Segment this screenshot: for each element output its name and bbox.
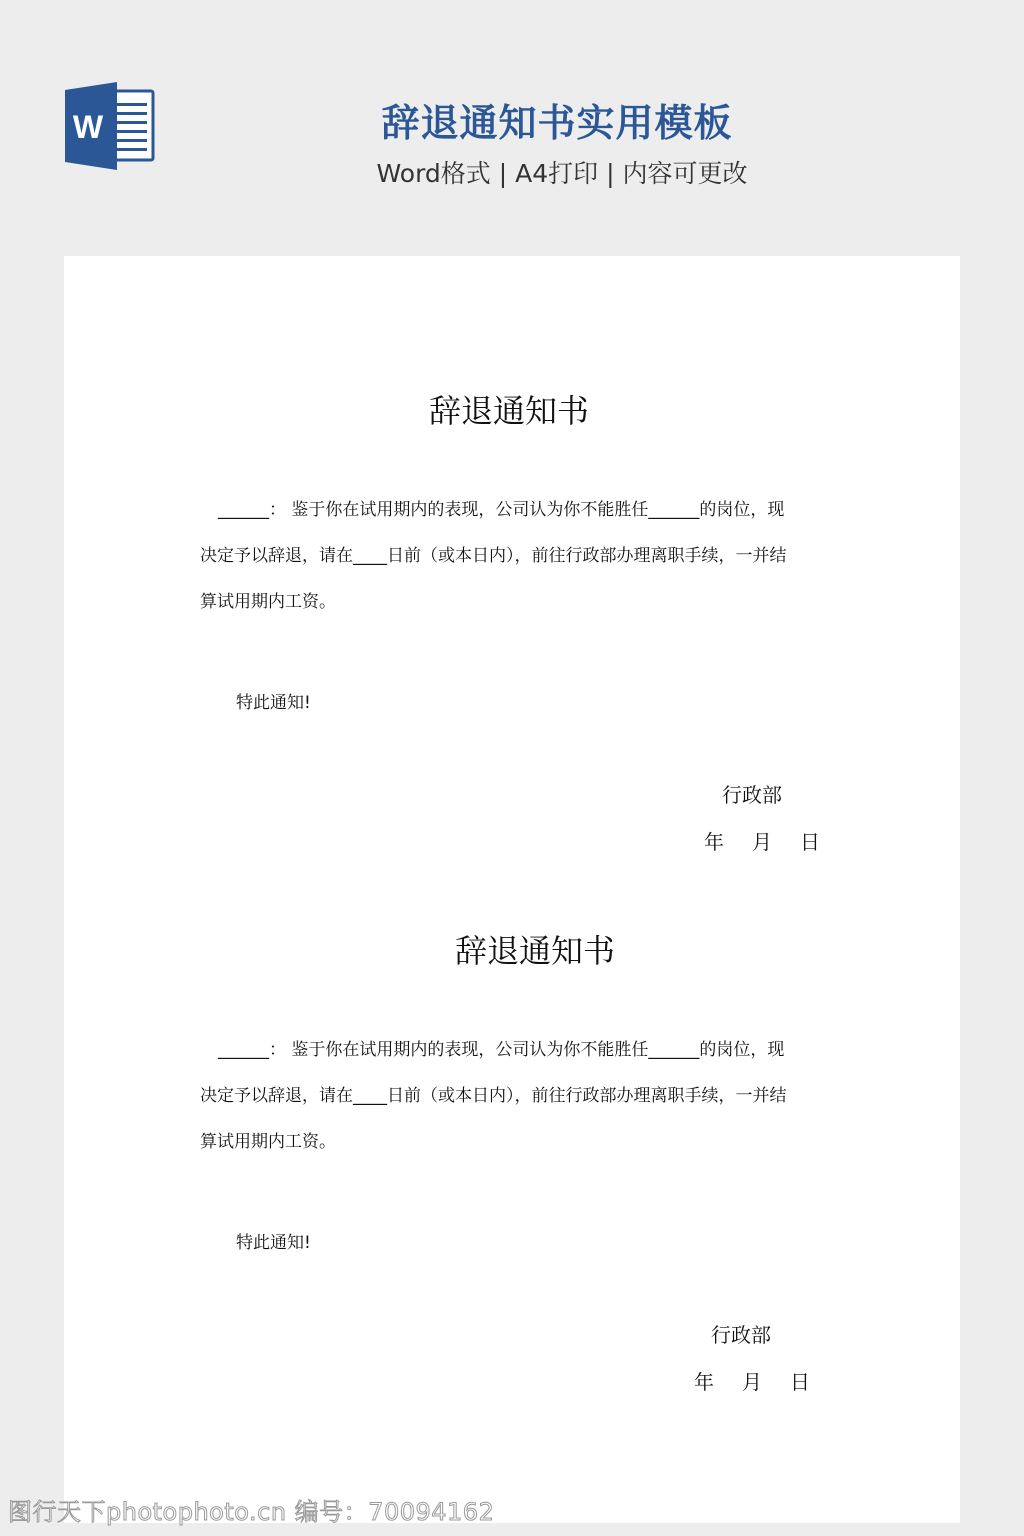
notice-date: 年月日 (704, 826, 820, 855)
date-day: 日 (800, 826, 820, 855)
date-day: 日 (790, 1366, 810, 1395)
notice-body-line: 算试用期内工资。 (200, 579, 830, 625)
watermark: 图行天下photophoto.cn 编号：70094162 (8, 1492, 494, 1527)
notice-body-line: 决定予以辞退，请在____日前（或本日内），前往行政部办理离职手续，一并结 (200, 533, 830, 579)
notice-title: 辞退通知书 (429, 386, 589, 432)
notice-2: 辞退通知书 ______： 鉴于你在试用期内的表现，公司认为你不能胜任_____… (64, 926, 960, 1406)
notice-body-line: ______： 鉴于你在试用期内的表现，公司认为你不能胜任______的岗位，现 (200, 1027, 830, 1073)
notice-closing: 特此通知! (236, 688, 311, 713)
notice-department: 行政部 (711, 1319, 771, 1348)
notice-closing: 特此通知! (236, 1228, 311, 1253)
notice-body: ______： 鉴于你在试用期内的表现，公司认为你不能胜任______的岗位，现… (200, 487, 830, 625)
notice-body-line: 算试用期内工资。 (200, 1119, 830, 1165)
notice-body-line: 决定予以辞退，请在____日前（或本日内），前往行政部办理离职手续，一并结 (200, 1073, 830, 1119)
date-year: 年 (704, 826, 752, 855)
notice-department: 行政部 (722, 779, 782, 808)
notice-date: 年月日 (694, 1366, 810, 1395)
page-title: 辞退通知书实用模板 (0, 92, 1024, 147)
date-month: 月 (742, 1366, 790, 1395)
page-subtitle: Word格式 | A4打印 | 内容可更改 (0, 154, 1024, 190)
document-page: 辞退通知书 ______： 鉴于你在试用期内的表现，公司认为你不能胜任_____… (64, 256, 960, 1523)
notice-body-line: ______： 鉴于你在试用期内的表现，公司认为你不能胜任______的岗位，现 (200, 487, 830, 533)
date-year: 年 (694, 1366, 742, 1395)
notice-1: 辞退通知书 ______： 鉴于你在试用期内的表现，公司认为你不能胜任_____… (64, 386, 960, 866)
notice-body: ______： 鉴于你在试用期内的表现，公司认为你不能胜任______的岗位，现… (200, 1027, 830, 1165)
date-month: 月 (752, 826, 800, 855)
notice-title: 辞退通知书 (455, 926, 615, 972)
